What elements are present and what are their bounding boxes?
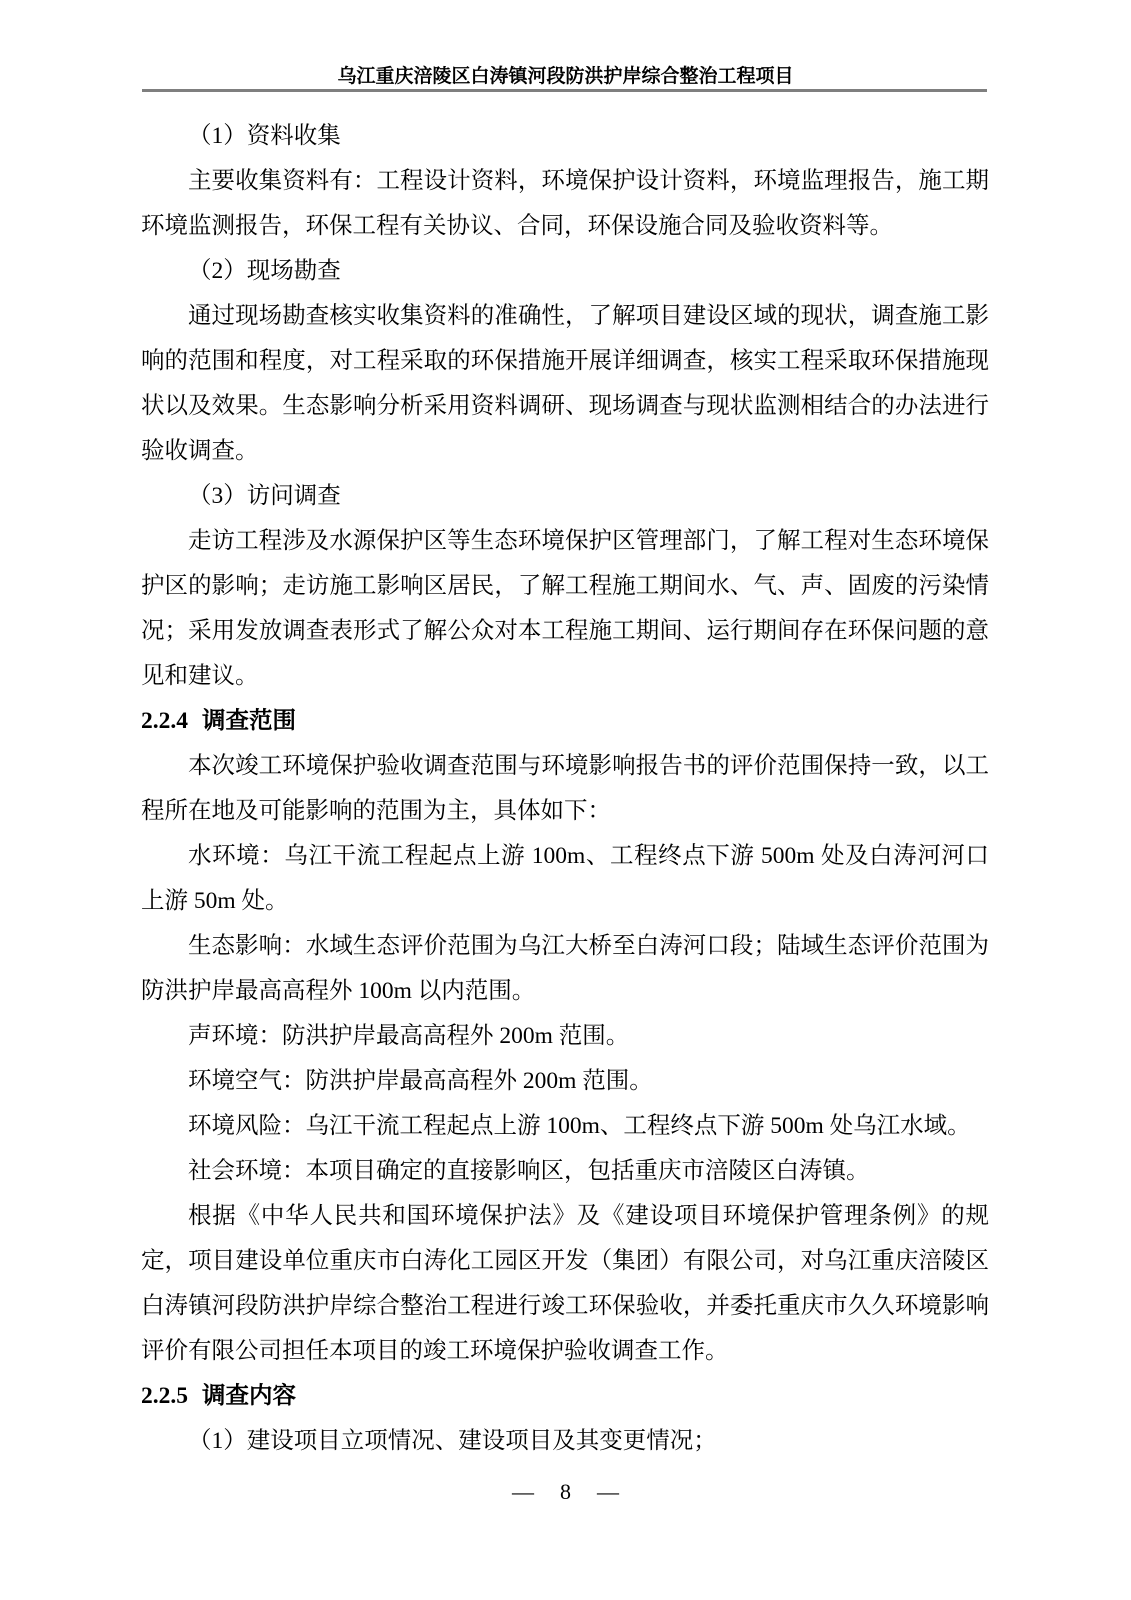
paragraph-interview-survey: 走访工程涉及水源保护区等生态环境保护区管理部门，了解工程对生态环境保护区的影响；… <box>141 519 989 699</box>
paragraph-data-collection: 主要收集资料有：工程设计资料，环境保护设计资料，环境监理报告，施工期环境监测报告… <box>141 159 989 249</box>
section-title: 调查范围 <box>202 708 296 734</box>
paragraph-air-environment: 环境空气：防洪护岸最高高程外 200m 范围。 <box>141 1059 989 1104</box>
paragraph-scope-intro: 本次竣工环境保护验收调查范围与环境影响报告书的评价范围保持一致，以工程所在地及可… <box>141 744 989 834</box>
paragraph-acoustic-environment: 声环境：防洪护岸最高高程外 200m 范围。 <box>141 1014 989 1059</box>
paragraph-ecological-impact: 生态影响：水域生态评价范围为乌江大桥至白涛河口段；陆域生态评价范围为防洪护岸最高… <box>141 924 989 1014</box>
paragraph-legal-basis: 根据《中华人民共和国环境保护法》及《建设项目环境保护管理条例》的规定，项目建设单… <box>141 1194 989 1374</box>
header-rule <box>142 89 987 92</box>
list-item-1-heading: （1）资料收集 <box>141 114 989 159</box>
footer-dash-right: — <box>597 1477 619 1507</box>
section-heading-2-2-4: 2.2.4调查范围 <box>141 699 989 744</box>
page-footer: — 8 — <box>0 1477 1131 1507</box>
section-number: 2.2.5 <box>141 1383 188 1409</box>
paragraph-environmental-risk: 环境风险：乌江干流工程起点上游 100m、工程终点下游 500m 处乌江水域。 <box>141 1104 989 1149</box>
section-number: 2.2.4 <box>141 708 188 734</box>
list-item-3-heading: （3）访问调查 <box>141 474 989 519</box>
section-heading-2-2-5: 2.2.5调查内容 <box>141 1374 989 1419</box>
section-title: 调查内容 <box>202 1383 296 1409</box>
footer-dash-left: — <box>512 1477 534 1507</box>
document-body: （1）资料收集 主要收集资料有：工程设计资料，环境保护设计资料，环境监理报告，施… <box>141 114 989 1464</box>
paragraph-water-environment: 水环境：乌江干流工程起点上游 100m、工程终点下游 500m 处及白涛河河口上… <box>141 834 989 924</box>
paragraph-site-survey: 通过现场勘查核实收集资料的准确性，了解项目建设区域的现状，调查施工影响的范围和程… <box>141 294 989 474</box>
document-page: 乌江重庆涪陵区白涛镇河段防洪护岸综合整治工程项目 （1）资料收集 主要收集资料有… <box>0 0 1131 1600</box>
running-header-title: 乌江重庆涪陵区白涛镇河段防洪护岸综合整治工程项目 <box>0 66 1131 88</box>
paragraph-survey-content-item-1: （1）建设项目立项情况、建设项目及其变更情况； <box>141 1419 989 1464</box>
paragraph-social-environment: 社会环境：本项目确定的直接影响区，包括重庆市涪陵区白涛镇。 <box>141 1149 989 1194</box>
list-item-2-heading: （2）现场勘查 <box>141 249 989 294</box>
page-number: 8 <box>560 1477 571 1507</box>
